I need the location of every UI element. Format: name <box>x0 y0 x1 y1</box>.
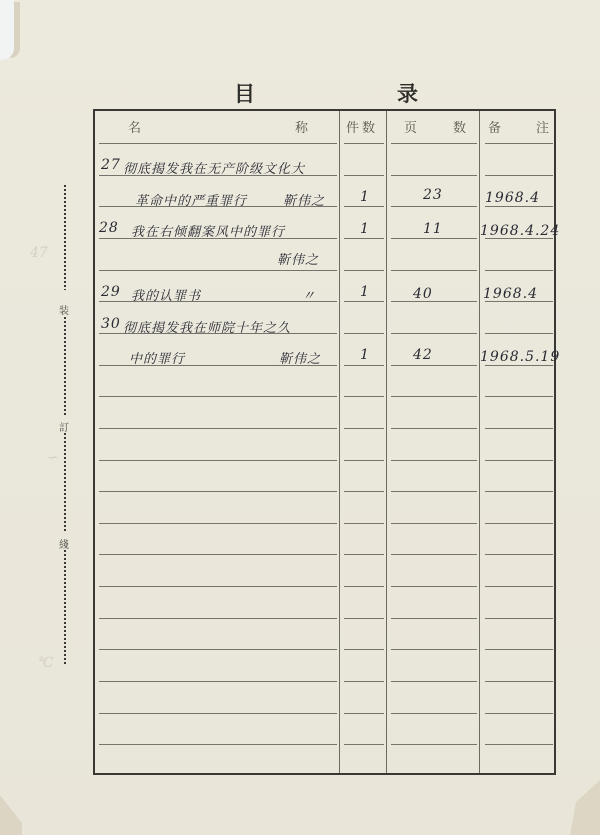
row-line <box>99 396 337 397</box>
row-line <box>99 143 337 144</box>
row-line <box>391 491 477 492</box>
header-notes-left: 备 <box>488 117 501 136</box>
folded-corner-bottom-right <box>570 780 600 835</box>
row-line <box>99 491 337 492</box>
entry-pages: 23 <box>423 187 443 203</box>
row-line <box>391 554 477 555</box>
row-line <box>391 681 477 682</box>
entry-title-line2: 革命中的严重罪行 <box>135 190 247 209</box>
embossed-mark: ℃ <box>38 655 54 671</box>
row-line <box>391 143 477 144</box>
row-line <box>391 428 477 429</box>
row-line <box>344 396 384 397</box>
row-line <box>485 175 553 176</box>
column-divider <box>479 111 480 773</box>
row-line <box>485 270 553 271</box>
row-line <box>485 333 553 334</box>
binding-label-ding: 訂 <box>59 419 69 434</box>
row-line <box>344 618 384 619</box>
row-line <box>99 618 337 619</box>
entry-author: 靳伟之 <box>279 348 321 367</box>
entry-pages: 11 <box>423 221 443 237</box>
title-char-mu: 目 <box>234 78 255 108</box>
header-name-right: 称 <box>295 117 308 136</box>
row-line <box>344 301 384 302</box>
row-line <box>391 649 477 650</box>
row-line <box>99 681 337 682</box>
row-line <box>344 175 384 176</box>
row-line <box>391 270 477 271</box>
row-line <box>344 681 384 682</box>
entry-title-line2: 中的罪行 <box>129 348 185 367</box>
row-line <box>344 491 384 492</box>
row-line <box>391 744 477 745</box>
row-line <box>391 333 477 334</box>
row-line <box>485 460 553 461</box>
binding-dotted-line <box>64 317 66 417</box>
binding-label-zhuang: 装 <box>59 302 69 317</box>
entry-author: 靳伟之 <box>283 190 325 209</box>
row-line <box>391 460 477 461</box>
row-line <box>485 586 553 587</box>
row-line <box>485 396 553 397</box>
entry-count: 1 <box>360 221 370 237</box>
row-line <box>99 460 337 461</box>
row-line <box>99 428 337 429</box>
row-line <box>485 143 553 144</box>
entry-pages: 42 <box>413 347 433 363</box>
row-line <box>344 238 384 239</box>
row-line <box>391 396 477 397</box>
row-line <box>344 586 384 587</box>
header-pages-left: 页 <box>404 117 417 136</box>
row-line <box>99 744 337 745</box>
row-line <box>391 618 477 619</box>
row-line <box>344 206 384 207</box>
row-line <box>485 649 553 650</box>
entry-number: 30 <box>101 316 121 332</box>
row-line <box>99 713 337 714</box>
entry-count: 1 <box>360 189 370 205</box>
catalog-table: 名 称 件数 页 数 备 注 27 彻底揭发我在无产阶级文化大 革命中的严重罪行… <box>93 109 556 775</box>
row-line <box>485 744 553 745</box>
row-line <box>344 333 384 334</box>
row-line <box>485 428 553 429</box>
row-line <box>344 713 384 714</box>
row-line <box>344 143 384 144</box>
row-line <box>344 554 384 555</box>
folded-corner-bottom-left <box>0 795 22 835</box>
row-line <box>391 713 477 714</box>
entry-date: 1968.4 <box>483 286 538 302</box>
row-line <box>99 586 337 587</box>
entry-number: 27 <box>101 157 121 173</box>
row-line <box>391 301 477 302</box>
title-char-lu: 录 <box>397 78 418 108</box>
row-line <box>99 649 337 650</box>
row-line <box>99 554 337 555</box>
entry-title-line1: 我在右倾翻案风中的罪行 <box>131 221 285 240</box>
entry-count: 1 <box>360 347 370 363</box>
entry-date: 1968.4 <box>485 190 540 206</box>
row-line <box>485 491 553 492</box>
binding-dotted-line <box>64 185 66 290</box>
row-line <box>99 523 337 524</box>
row-line <box>391 586 477 587</box>
folded-corner-top-left <box>0 0 14 60</box>
entry-number: 29 <box>101 284 121 300</box>
row-line <box>344 365 384 366</box>
row-line <box>485 681 553 682</box>
row-line <box>391 206 477 207</box>
entry-author: 靳伟之 <box>277 249 319 268</box>
column-divider <box>339 111 340 773</box>
row-line <box>485 554 553 555</box>
entry-title-line1: 我的认罪书 <box>131 285 201 304</box>
row-line <box>344 744 384 745</box>
embossed-mark: ∽ <box>47 450 59 466</box>
header-pages-right: 数 <box>453 117 466 136</box>
row-line <box>99 270 337 271</box>
entry-number: 28 <box>99 220 119 236</box>
entry-date: 1968.4.24 <box>480 223 560 239</box>
entry-count: 1 <box>360 284 370 300</box>
column-divider <box>386 111 387 773</box>
row-line <box>344 523 384 524</box>
row-line <box>391 523 477 524</box>
row-line <box>485 365 553 366</box>
row-line <box>485 713 553 714</box>
row-line <box>391 365 477 366</box>
row-line <box>485 523 553 524</box>
row-line <box>485 618 553 619</box>
entry-title-line1: 彻底揭发我在无产阶级文化大 <box>123 158 305 177</box>
header-name-left: 名 <box>128 117 141 136</box>
row-line <box>344 460 384 461</box>
binding-label-xian: 綫 <box>59 536 69 551</box>
entry-title-line1: 彻底揭发我在师院十年之久 <box>123 317 291 336</box>
row-line <box>391 238 477 239</box>
entry-date: 1968.5.19 <box>480 349 560 365</box>
header-count: 件数 <box>346 117 378 136</box>
embossed-mark: 47 <box>30 245 48 261</box>
row-line <box>391 175 477 176</box>
entry-pages: 40 <box>413 286 433 302</box>
binding-dotted-line <box>64 433 66 533</box>
row-line <box>344 428 384 429</box>
page-title: 目 录 <box>0 78 600 108</box>
row-line <box>344 270 384 271</box>
row-line <box>344 649 384 650</box>
entry-author: 〃 <box>302 285 316 304</box>
document-page: 47 ∽ ℃ 装 訂 綫 目 录 名 称 件数 页 数 备 注 27 彻底揭发我… <box>0 0 600 835</box>
row-line <box>485 206 553 207</box>
binding-dotted-line <box>64 550 66 665</box>
header-notes-right: 注 <box>536 117 549 136</box>
